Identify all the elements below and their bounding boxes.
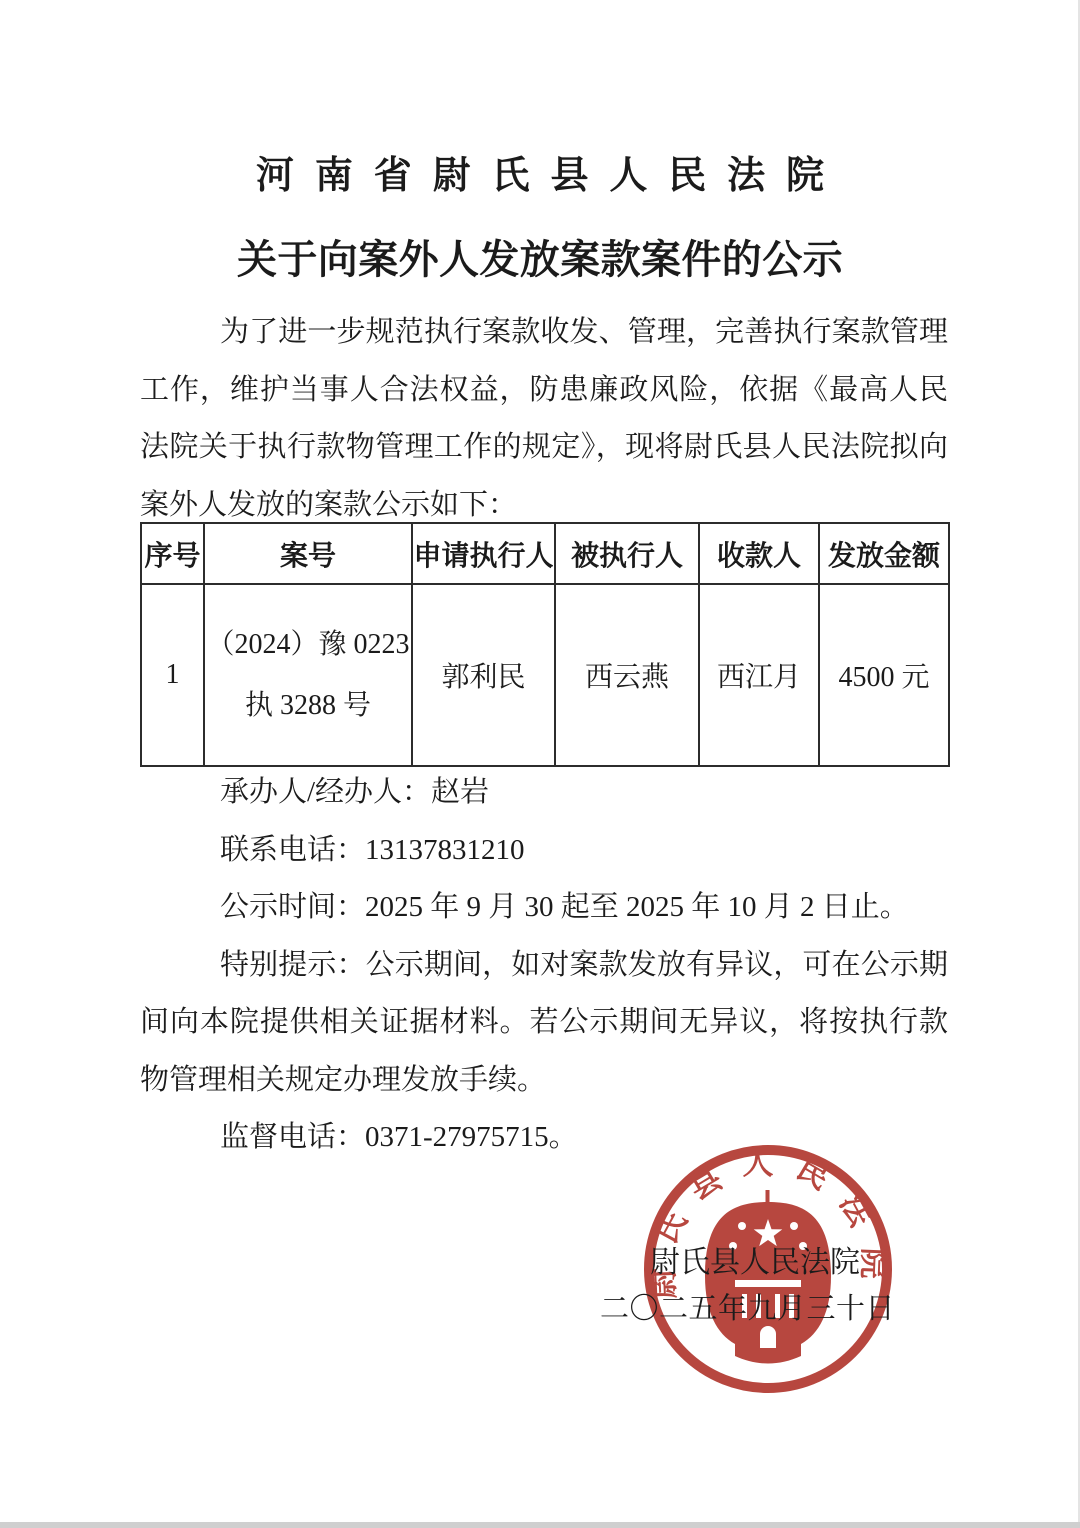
contact-phone-line: 联系电话：13137831210 [140,822,948,880]
signature-date: 二〇二五年九月三十日 [600,1286,900,1327]
col-header-seq: 序号 [141,523,204,584]
cell-payee: 西江月 [699,584,819,766]
col-header-case-number: 案号 [204,523,412,584]
signature-court-name: 尉氏县人民法院 [650,1237,862,1281]
cell-subject: 西云燕 [555,584,699,766]
case-payment-table: 序号 案号 申请执行人 被执行人 收款人 发放金额 1 （2024）豫 0223… [140,522,950,767]
publicity-period-line: 公示时间：2025 年 9 月 30 起至 2025 年 10 月 2 日止。 [140,879,948,937]
detail-lines: 承办人/经办人：赵岩 联系电话：13137831210 公示时间：2025 年 … [140,764,948,1167]
col-header-subject: 被执行人 [555,523,699,584]
cell-seq: 1 [141,584,204,766]
cell-amount: 4500 元 [819,584,949,766]
court-name-title: 河南省尉氏县人民法院 [0,144,1080,199]
table-row: 1 （2024）豫 0223 执 3288 号 郭利民 西云燕 西江月 4500… [141,584,949,766]
col-header-payee: 收款人 [699,523,819,584]
cell-case-number: （2024）豫 0223 执 3288 号 [204,584,412,766]
col-header-applicant: 申请执行人 [412,523,555,584]
notice-title: 关于向案外人发放案款案件的公示 [0,228,1080,285]
handler-line: 承办人/经办人：赵岩 [140,764,948,822]
case-number-line1: （2024）豫 0223 [205,614,411,675]
col-header-amount: 发放金额 [819,523,949,584]
cell-applicant: 郭利民 [412,584,555,766]
case-number-line2: 执 3288 号 [205,675,411,736]
special-notice-paragraph: 特别提示：公示期间，如对案款发放有异议，可在公示期间向本院提供相关证据材料。若公… [140,937,948,1110]
intro-paragraph: 为了进一步规范执行案款收发、管理，完善执行案款管理工作，维护当事人合法权益，防患… [140,304,948,534]
court-notice-document: 河南省尉氏县人民法院 关于向案外人发放案款案件的公示 为了进一步规范执行案款收发… [0,0,1080,1528]
table-header-row: 序号 案号 申请执行人 被执行人 收款人 发放金额 [141,523,949,584]
page-bottom-edge [0,1522,1080,1528]
